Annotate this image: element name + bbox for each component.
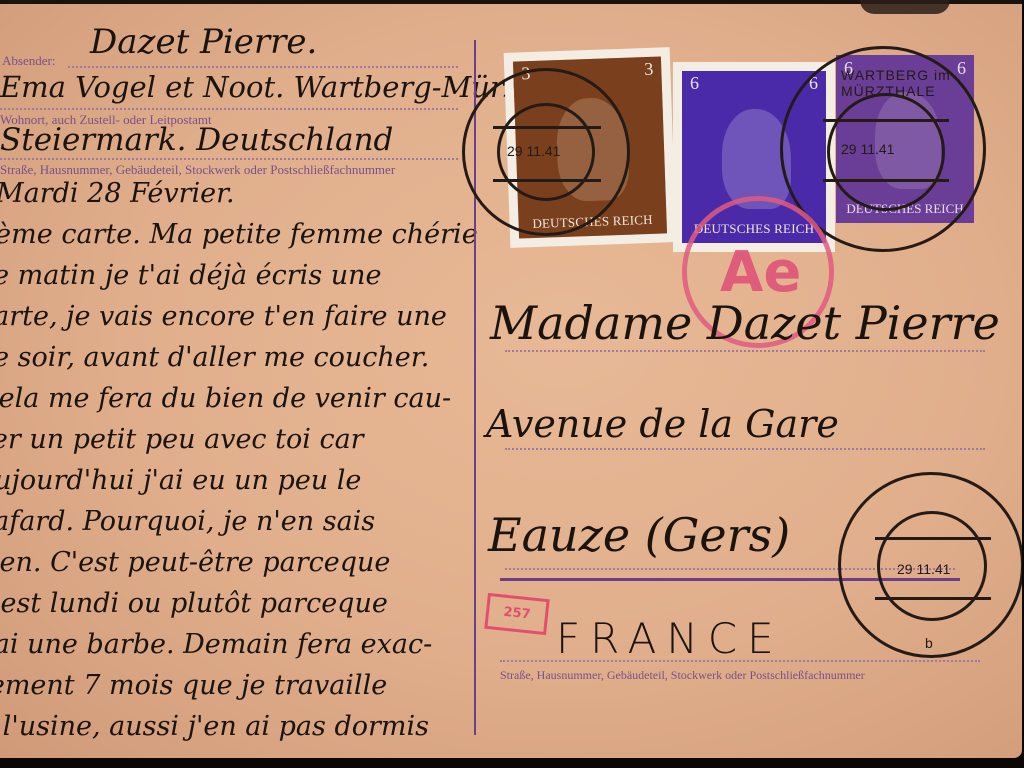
stamp-value-left: 6	[690, 73, 699, 94]
letter-line: ser un petit peu avec toi car	[0, 424, 364, 455]
sender-name: Dazet Pierre.	[90, 22, 317, 62]
sender-label: Absender:	[2, 53, 55, 69]
recipient-line-2	[505, 448, 985, 450]
recipient-city: Eauze (Gers)	[488, 508, 790, 562]
letter-line: c'est lundi ou plutôt parceque	[0, 588, 388, 619]
postmark-bar	[823, 179, 949, 182]
letter-line: rien. C'est peut-être parceque	[0, 547, 390, 578]
postcard: Absender: Dazet Pierre. Ema Vogel et Noo…	[0, 0, 1022, 758]
street-line-left	[0, 158, 458, 160]
postmark-bar	[493, 126, 601, 129]
ink-blot	[860, 0, 950, 14]
postmark-date: 29 11.41	[507, 143, 560, 159]
recipient-line-1	[505, 350, 985, 352]
postmark-bar	[823, 119, 949, 122]
postmark-bar	[875, 537, 991, 540]
stamp-value-right: 3	[644, 59, 654, 80]
recipient-country: FRANCE	[556, 614, 784, 663]
postmark-left: 29 11.41	[462, 68, 630, 236]
recipient-line-4	[500, 660, 980, 662]
street-label-right: Straße, Hausnummer, Gebäudeteil, Stockwe…	[500, 668, 865, 683]
recipient-name: Madame Dazet Pierre	[490, 296, 1000, 350]
sender-region: Steiermark. Deutschland	[0, 122, 393, 158]
letter-line: cafard. Pourquoi, je n'en sais	[0, 506, 375, 537]
letter-line: à l'usine, aussi j'en ai pas dormis	[0, 711, 429, 742]
street-label-left: Straße, Hausnummer, Gebäudeteil, Stockwe…	[0, 162, 395, 178]
letter-line: aujourd'hui j'ai eu un peu le	[0, 465, 361, 496]
postmark-town: WARTBERG im MÜRZTHALE	[841, 67, 983, 99]
bottom-edge-shadow	[0, 758, 1024, 768]
recipient-street: Avenue de la Gare	[486, 402, 839, 446]
postmark-suffix: b	[925, 635, 933, 651]
postmark-date: 29 11.41	[841, 141, 894, 157]
postmark-bar	[493, 179, 601, 182]
postmark-bottom: 29 11.41 b	[838, 472, 1022, 658]
residence-line	[0, 108, 458, 110]
letter-line: j'ai une barbe. Demain fera exac-	[0, 629, 432, 660]
letter-line: ce soir, avant d'aller me coucher.	[0, 342, 429, 373]
letter-line: carte, je vais encore t'en faire une	[0, 301, 447, 332]
censor-number-box: 257	[484, 593, 549, 635]
postmark-date: 29 11.41	[897, 561, 950, 577]
letter-line: Mardi 28 Février.	[0, 178, 235, 209]
postmark-bar	[875, 597, 991, 600]
letter-line: ce matin je t'ai déjà écris une	[0, 260, 382, 291]
sender-line	[68, 66, 458, 68]
letter-line: 2ème carte. Ma petite femme chérie	[0, 219, 478, 250]
letter-line: tement 7 mois que je travaille	[0, 670, 387, 701]
letter-line: Cela me fera du bien de venir cau-	[0, 383, 451, 414]
